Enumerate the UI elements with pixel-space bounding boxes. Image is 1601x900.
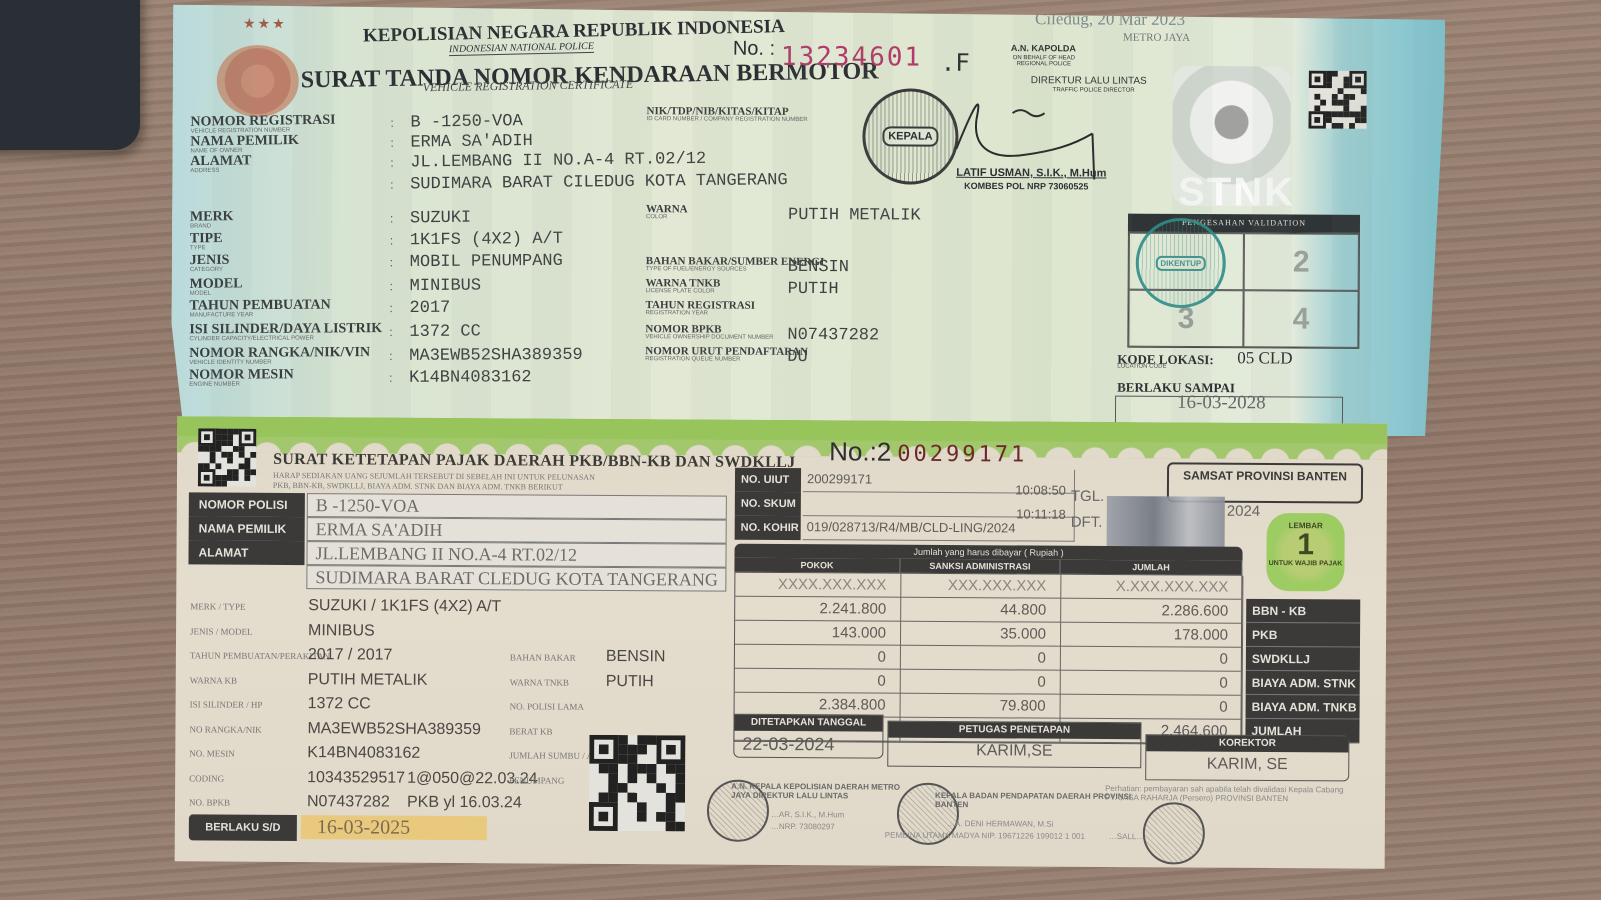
field-colon: : [389,349,392,363]
payment-column-header: SANKSI ADMINISTRASI [900,559,1060,574]
field-colon: : [390,233,393,247]
vehicle-row: JENIS / MODELMINIBUS [190,621,730,648]
field-sublabel: LICENSE PLATE COLOR [646,288,715,294]
vehicle-right-label: BAHAN BAKAR [510,652,576,662]
field-value: 1K1FS (4X2) A/T [410,230,563,250]
field-colon: : [390,156,394,170]
field-colon: : [390,136,394,150]
stnk-card: ★★★ KEPOLISIAN NEGARA REPUBLIK INDONESIA… [171,5,1445,437]
vehicle-row: MERK / TYPESUZUKI / 1K1FS (4X2) A/T [190,596,730,623]
payment-cell-jumlah: 2.286.600 [1061,599,1243,624]
meta-value-text: 200299171 [807,471,872,486]
stamp-text: KEPALA [882,126,939,146]
validation-cell-2: 2 [1244,233,1359,291]
field-colon: : [390,212,393,226]
vehicle-label: WARNA KB [190,675,237,685]
identity-row: ALAMATJL.LEMBANG II NO.A-4 RT.02/12 [188,540,726,567]
vehicle-label: NO. MESIN [189,748,235,758]
field-colon: : [390,255,393,269]
signer-name: LATIF USMAN, S.I.K., M.Hum [956,167,1106,180]
vehicle-row: ISI SILINDER / HP1372 CCNO. POLISI LAMA [190,694,730,721]
corrector-box: KOREKTOR KARIM, SE [1145,734,1349,781]
skpd-number-value: 00299171 [897,442,1027,468]
field-value: MA3EWB52SHA389359 [409,346,583,366]
vehicle-value: MINIBUS [308,622,375,640]
meta-label: NO. KOHIR [735,516,801,540]
meta-row: NO. SKUM10:11:18 [735,492,1075,518]
field-value: 1372 CC [409,322,481,341]
identity-label: ALAMAT [188,540,304,565]
on-behalf: A.N. KAPOLDA [1011,43,1076,53]
field-value: SUZUKI [410,209,471,229]
field-sublabel: CYLINDER CAPACITY/ELECTRICAL POWER [189,336,313,343]
document-title-en: VEHICLE REGISTRATION CERTIFICATE [423,77,634,95]
payment-cell-pokok: 0 [735,669,901,694]
identity-value: JL.LEMBANG II NO.A-4 RT.02/12 [306,541,726,568]
field-sublabel: BRAND [190,223,211,229]
field-sublabel: REGISTRATION YEAR [645,310,707,316]
validation-cell-4: 4 [1243,290,1358,348]
field-sublabel: REGISTRATION QUEUE NUMBER [645,356,740,362]
meta-label: NO. UIUT [735,468,801,492]
valid-until-label: BERLAKU S/D [189,814,297,841]
payment-row-label: BBN - KB [1246,599,1360,624]
vehicle-right-label: PENUMPANG [509,775,564,785]
signer-1-name: …AR, S.I.K., M.Hum [771,810,844,819]
skpd-subtitle-2: PKB, BBN-KB, SWDKLLJ, BIAYA ADM. STNK DA… [273,481,563,492]
payment-cell-jumlah: 178.000 [1061,623,1243,648]
identity-row: NOMOR POLISIB -1250-VOA [189,492,727,519]
phone-device [0,0,140,150]
vehicle-right-label: JUMLAH SUMBU / AS [509,750,598,761]
vehicle-label: NO RANGKA/NIK [189,724,261,734]
signer-rank: KOMBES POL NRP 73060525 [964,181,1088,192]
field-sublabel: TYPE OF FUEL/ENERGY SOURCES [646,266,747,273]
tgl-year: 2024 [1227,503,1260,520]
signer-3-name: …SALL… [1109,832,1145,841]
vehicle-row: TAHUN PEMBUATAN/PERAKITAN2017 / 2017BAHA… [190,645,730,672]
payment-cell-sanksi: 79.800 [901,694,1061,719]
stnk-right-field-row: WARNACOLORPUTIH METALIK [646,203,1046,229]
meta-value-text: 019/028713/R4/MB/CLD-LING/2024 [807,519,1016,535]
police-emblem-icon [217,45,299,117]
vehicle-value: 1372 CC [308,695,371,713]
identity-row: NAMA PEMILIKERMA SA'ADIH [189,516,727,543]
vehicle-value: MA3EWB52SHA389359 [307,720,481,739]
field-sublabel: COLOR [646,214,667,220]
valid-until: 16-03-2025 [301,815,487,840]
payment-row-labels: BBN - KBPKBSWDKLLJBIAYA ADM. STNKBIAYA A… [1245,599,1360,744]
signer-1-title: A.N. KEPALA KEPOLISIAN DAERAH METRO JAYA… [731,782,911,801]
field-sublabel: ADDRESS [190,168,219,174]
vehicle-label: MERK / TYPE [190,601,245,611]
payment-row: 000 [735,645,1241,672]
meta-value: 20029917110:08:50 [803,468,1075,494]
identity-value: B -1250-VOA [307,493,727,520]
jasa-raharja-stamp [1143,802,1205,864]
identity-label [188,564,304,589]
vehicle-value: K14BN4083162 [307,744,420,763]
payment-cell-pokok: 2.241.800 [735,597,901,622]
payment-cell-pokok: 0 [735,645,901,670]
valid-until-row: BERLAKU S/D 16-03-2025 [189,814,489,842]
payment-mask-cell: XXX.XXX.XXX [901,574,1061,599]
assessor-box: PETUGAS PENETAPAN KARIM,SE [887,721,1141,769]
vehicle-right-value: PUTIH [606,672,654,690]
on-behalf-en: ON BEHALF OF HEAD REGIONAL POLICE [999,55,1089,67]
transaction-meta: NO. UIUT20029917110:08:50NO. SKUM10:11:1… [735,468,1075,542]
field-value: MOBIL PENUMPANG [410,252,563,272]
payment-row-label: BIAYA ADM. STNK [1246,671,1360,696]
vehicle-value: 2017 / 2017 [308,646,393,665]
field-colon: : [390,116,394,130]
payment-cell-sanksi: 35.000 [901,622,1061,647]
assessment-date-label: DITETAPKAN TANGGAL [734,715,882,732]
field-colon: : [389,371,392,385]
vehicle-right-label: BERAT KB [509,726,552,736]
meta-label: NO. SKUM [735,492,801,516]
payment-row-label: SWDKLLJ [1246,647,1360,672]
hologram-text: STNK [1178,170,1295,216]
location-code: 05 CLD [1237,348,1292,368]
agency-name-en: INDONESIAN NATIONAL POLICE [449,41,594,56]
signer-1-id: …NRP. 73080297 [771,822,835,831]
qr-code-icon [589,735,686,832]
payment-cell-jumlah: 0 [1061,695,1243,720]
field-sublabel: ID CARD NUMBER / COMPANY REGISTRATION NU… [647,116,808,123]
identity-label: NAMA PEMILIK [189,516,305,541]
signer-2-id: PEMBINA UTAMA MADYA NIP. 19671226 199012… [885,831,1085,841]
payment-row-label: PKB [1246,623,1360,648]
field-value: SUDIMARA BARAT CILEDUG KOTA TANGERANG [410,171,788,194]
field-colon: : [390,178,394,192]
field-value: PUTIH [788,280,839,299]
identity-value: SUDIMARA BARAT CLEDUG KOTA TANGERANG [306,565,726,592]
issue-city-date: Ciledug, 20 Mar 2023 [1035,9,1185,30]
payment-cell-sanksi: 0 [901,646,1061,671]
field-value: MINIBUS [410,277,482,297]
assessor-label: PETUGAS PENETAPAN [888,722,1140,740]
validation-stamp-text: DIKENTUP [1155,255,1206,270]
identity-row: SUDIMARA BARAT CLEDUG KOTA TANGERANG [188,564,726,591]
doc-number-suffix: .F [941,49,970,77]
dft-label: DFT. [1071,514,1103,531]
skpd-card: SURAT KETETAPAN PAJAK DAERAH PKB/BBN-KB … [175,416,1388,868]
payment-row: 143.00035.000178.000 [735,621,1241,648]
vehicle-value-2: PKB yl 16.03.24 [407,794,522,813]
stars-icon: ★★★ [243,15,287,32]
field-value: BENSIN [788,258,849,277]
doc-number: 13234601 [781,42,922,73]
payment-row-label: BIAYA ADM. TNKB [1246,695,1360,720]
field-value: PUTIH METALIK [788,206,921,226]
payment-row: 000 [735,669,1241,696]
vehicle-value: N07437282 [307,793,390,812]
signer-position: DIREKTUR LALU LINTAS [1031,75,1147,87]
assessment-date: 22-03-2024 [734,731,882,758]
copy-badge-number: 1 [1267,530,1345,560]
corrector-name: KARIM, SE [1146,751,1348,778]
field-value: K14BN4083162 [409,368,532,388]
field-sublabel: ENGINE NUMBER [189,382,240,388]
doc-number-label: No. : [733,38,775,61]
validation-box: PENGESAHAN VALIDATION 2 3 4 DIKENTUP [1127,214,1360,363]
field-value: DU [787,348,808,367]
field-colon: : [390,279,393,293]
assessment-date-box: DITETAPKAN TANGGAL 22-03-2024 [733,714,883,759]
payment-mask-cell: X.XXX.XXX.XXX [1061,575,1243,600]
vehicle-right-label: NO. POLISI LAMA [510,701,584,711]
payment-mask-row: XXXX.XXX.XXXXXX.XXX.XXXX.XXX.XXX.XXX [735,573,1241,600]
payment-column-header: JUMLAH [1060,560,1242,575]
skpd-number-label: No.:2 [829,436,891,466]
qr-code-icon [197,428,257,486]
stnk-right-field-row: TAHUN REGISTRASIREGISTRATION YEAR [645,299,1045,325]
payment-cell-jumlah: 0 [1061,647,1243,672]
identity-label: NOMOR POLISI [189,492,305,517]
stnk-right-field-row: NOMOR URUT PENDAFTARANREGISTRATION QUEUE… [645,345,1045,371]
validation-stamp: DIKENTUP [1136,218,1226,308]
payment-cell-jumlah: 0 [1061,671,1243,696]
payment-mask-cell: XXXX.XXX.XXX [735,573,901,598]
field-sublabel: CATEGORY [190,267,223,273]
field-value: N07437282 [787,326,879,345]
vehicle-label: JENIS / MODEL [190,626,253,636]
vehicle-right-value: BENSIN [606,648,666,666]
payment-cell-sanksi: 0 [901,670,1061,695]
field-sublabel: MODEL [190,291,211,297]
vehicle-label: CODING [189,773,224,783]
payment-cell-pokok: 143.000 [735,621,901,646]
field-sublabel: TYPE [190,245,206,251]
field-sublabel: MANUFACTURE YEAR [190,312,254,318]
copy-badge: LEMBAR 1 UNTUK WAJIB PAJAK [1266,513,1344,591]
official-stamp: KEPALA [862,88,959,185]
tgl-label: TGL. [1071,488,1104,505]
meta-value: 019/028713/R4/MB/CLD-LING/2024 [803,516,1075,542]
qr-code-icon [1308,71,1366,129]
signer-2-name: …A. DENI HERMAWAN, M.Si [947,819,1054,829]
field-value: JL.LEMBANG II NO.A-4 RT.02/12 [410,150,706,173]
payment-column-header: POKOK [734,558,900,573]
corrector-label: KOREKTOR [1146,735,1348,752]
field-value: 2017 [409,299,450,318]
issue-region: METRO JAYA [1123,32,1190,44]
identity-value: ERMA SA'ADIH [307,517,727,544]
vehicle-value: SUZUKI / 1K1FS (4X2) A/T [308,597,501,616]
field-sublabel: VEHICLE IDENTITY NUMBER [189,360,271,366]
copy-badge-bottom: UNTUK WAJIB PAJAK [1266,560,1344,567]
meta-row: NO. UIUT20029917110:08:50 [735,468,1075,494]
field-colon: : [389,325,392,339]
vehicle-value: 10343529517 [307,769,405,788]
payment-row: 2.241.80044.8002.286.600 [735,597,1241,624]
skpd-number: No.:200299171 [829,436,1027,468]
vehicle-value: PUTIH METALIK [308,671,428,690]
field-sublabel: VEHICLE OWNERSHIP DOCUMENT NUMBER [645,334,773,341]
valid-until: 16-03-2028 [1177,392,1266,414]
vehicle-row: WARNA KBPUTIH METALIKWARNA TNKBPUTIH [190,670,730,697]
vehicle-label: ISI SILINDER / HP [190,699,263,709]
vehicle-right-label: WARNA TNKB [510,677,569,687]
payment-cell-sanksi: 44.800 [901,598,1061,623]
vehicle-label: NO. BPKB [189,797,230,807]
field-colon: : [389,301,392,315]
assessor-name: KARIM,SE [888,738,1140,766]
location-code-sub: LOCATION CODE [1117,364,1166,370]
meta-row: NO. KOHIR019/028713/R4/MB/CLD-LING/2024 [735,516,1075,542]
meta-value: 10:11:18 [803,492,1075,518]
signer-3-note: Perhatian: pembayaran sah apabila telah … [1105,784,1355,804]
skpd-title: SURAT KETETAPAN PAJAK DAERAH PKB/BBN-KB … [273,451,795,472]
owner-identity-table: NOMOR POLISIB -1250-VOANAMA PEMILIKERMA … [188,492,727,591]
